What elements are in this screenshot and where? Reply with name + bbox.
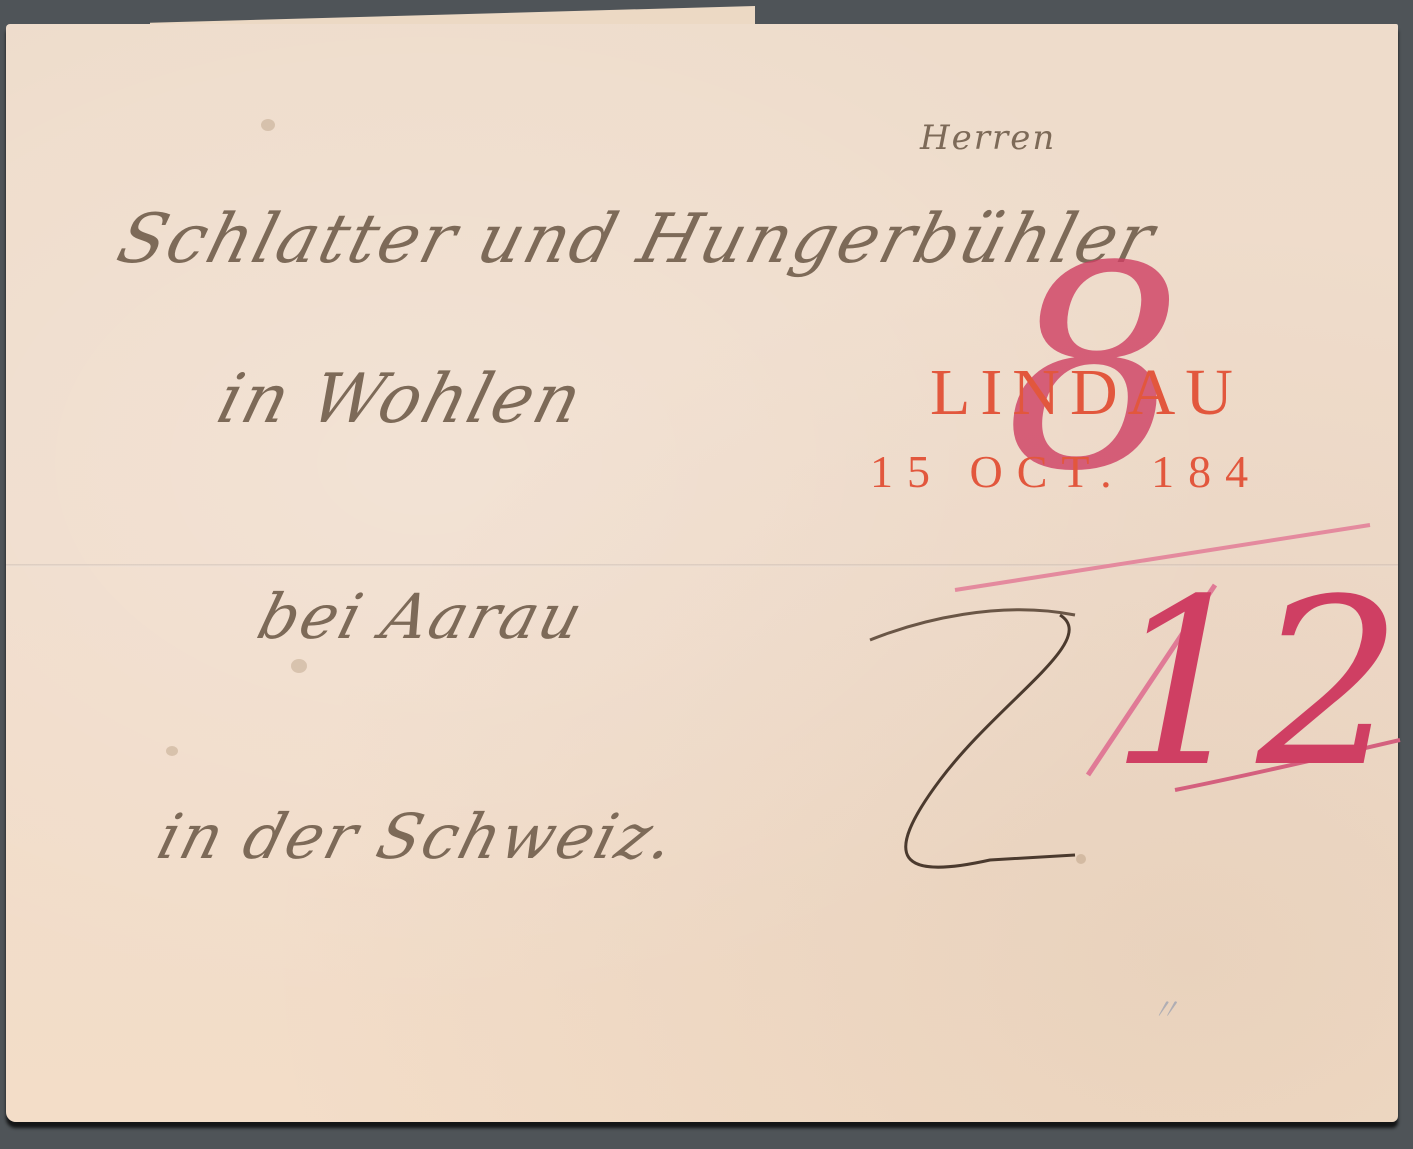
manuscript-rate-12: 12: [1110, 570, 1403, 800]
brown-rate-stroke: [870, 610, 1075, 640]
brown-rate-stroke: [906, 615, 1075, 867]
pencil-note: 〃: [1150, 985, 1180, 1029]
